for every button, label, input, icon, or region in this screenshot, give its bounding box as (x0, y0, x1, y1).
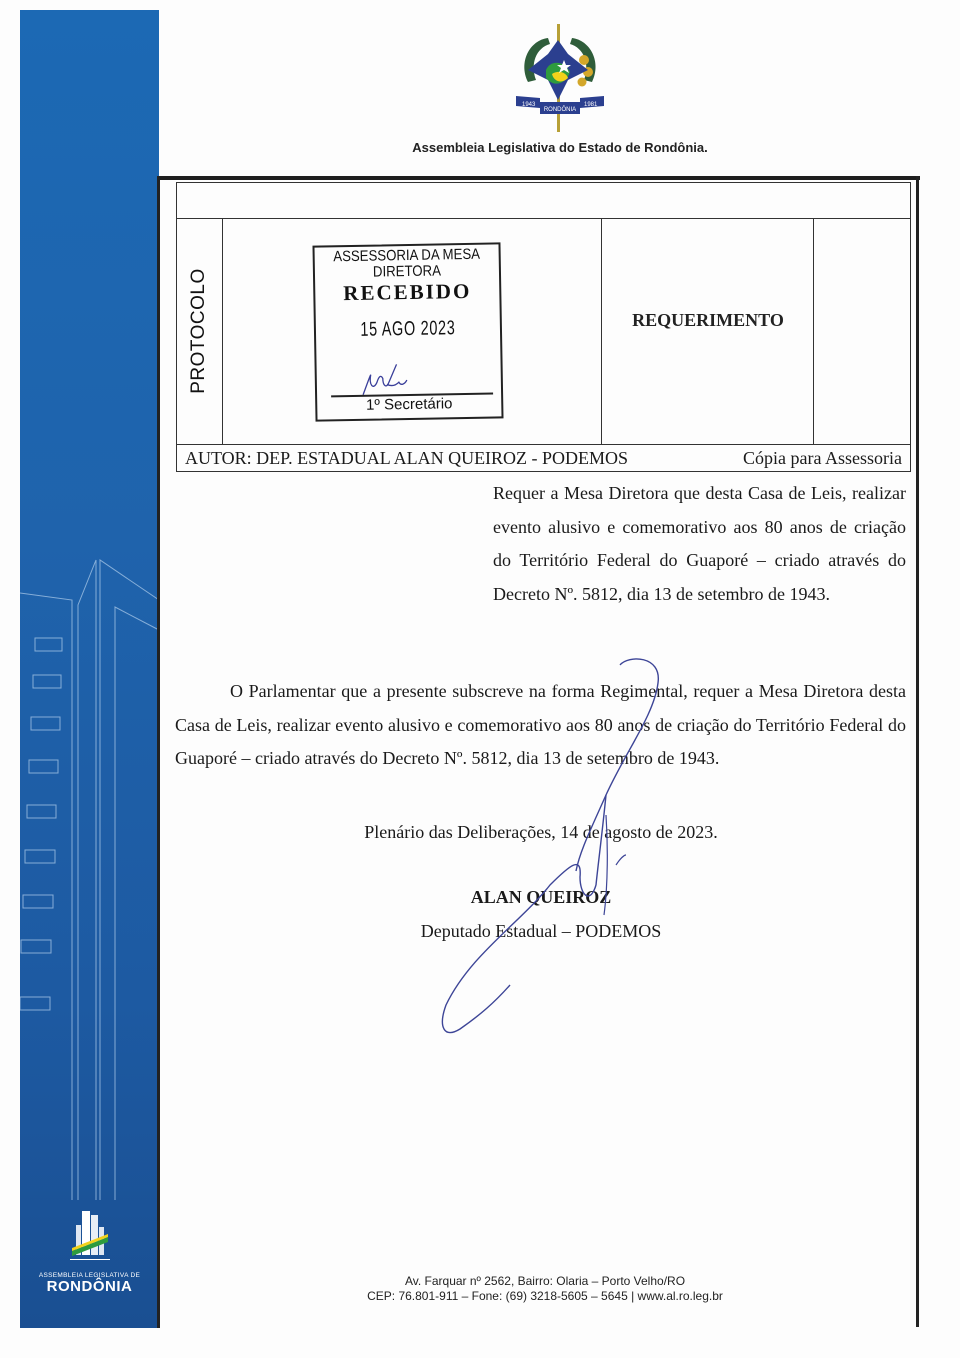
footer: Av. Farquar nº 2562, Bairro: Olaria – Po… (340, 1274, 750, 1304)
assembly-name: Assembleia Legislativa do Estado de Rond… (0, 140, 960, 155)
copy-note: Cópia para Assessoria (743, 448, 902, 469)
svg-text:RONDÔNIA: RONDÔNIA (544, 106, 576, 113)
building-outline-icon (20, 10, 159, 1200)
side-banner: ASSEMBLEIA LEGISLATIVA DE RONDÔNIA (20, 10, 159, 1328)
footer-address: Av. Farquar nº 2562, Bairro: Olaria – Po… (340, 1274, 750, 1289)
document-type-title: REQUERIMENTO (602, 310, 814, 331)
assembly-building-logo-icon (60, 1205, 120, 1265)
logo-line2: RONDÔNIA (20, 1279, 159, 1295)
received-stamp: ASSESSORIA DA MESA DIRETORA RECEBIDO 15 … (312, 242, 503, 421)
svg-text:1981: 1981 (584, 102, 598, 108)
frame-left-border (157, 176, 160, 1328)
footer-contact: CEP: 76.801-911 – Fone: (69) 3218-5605 –… (340, 1289, 750, 1304)
frame-right-border (916, 176, 919, 1327)
stamp-date: 15 AGO 2023 (342, 317, 475, 342)
stamp-signatory: 1º Secretário (317, 394, 501, 414)
request-summary: Requer a Mesa Diretora que desta Casa de… (493, 477, 906, 611)
assembly-logo: ASSEMBLEIA LEGISLATIVA DE RONDÔNIA (20, 1205, 159, 1295)
svg-text:1943: 1943 (522, 102, 536, 108)
handwritten-signature-icon (430, 655, 670, 1045)
stamp-status: RECEBIDO (315, 278, 499, 305)
frame-top-border (158, 176, 920, 180)
state-coat-of-arms-icon: 1943 1981 RONDÔNIA (510, 22, 610, 137)
stamp-line2: DIRETORA (326, 263, 488, 282)
protocol-label: PROTOCOLO (176, 218, 222, 444)
author-line: AUTOR: DEP. ESTADUAL ALAN QUEIROZ - PODE… (185, 448, 628, 469)
